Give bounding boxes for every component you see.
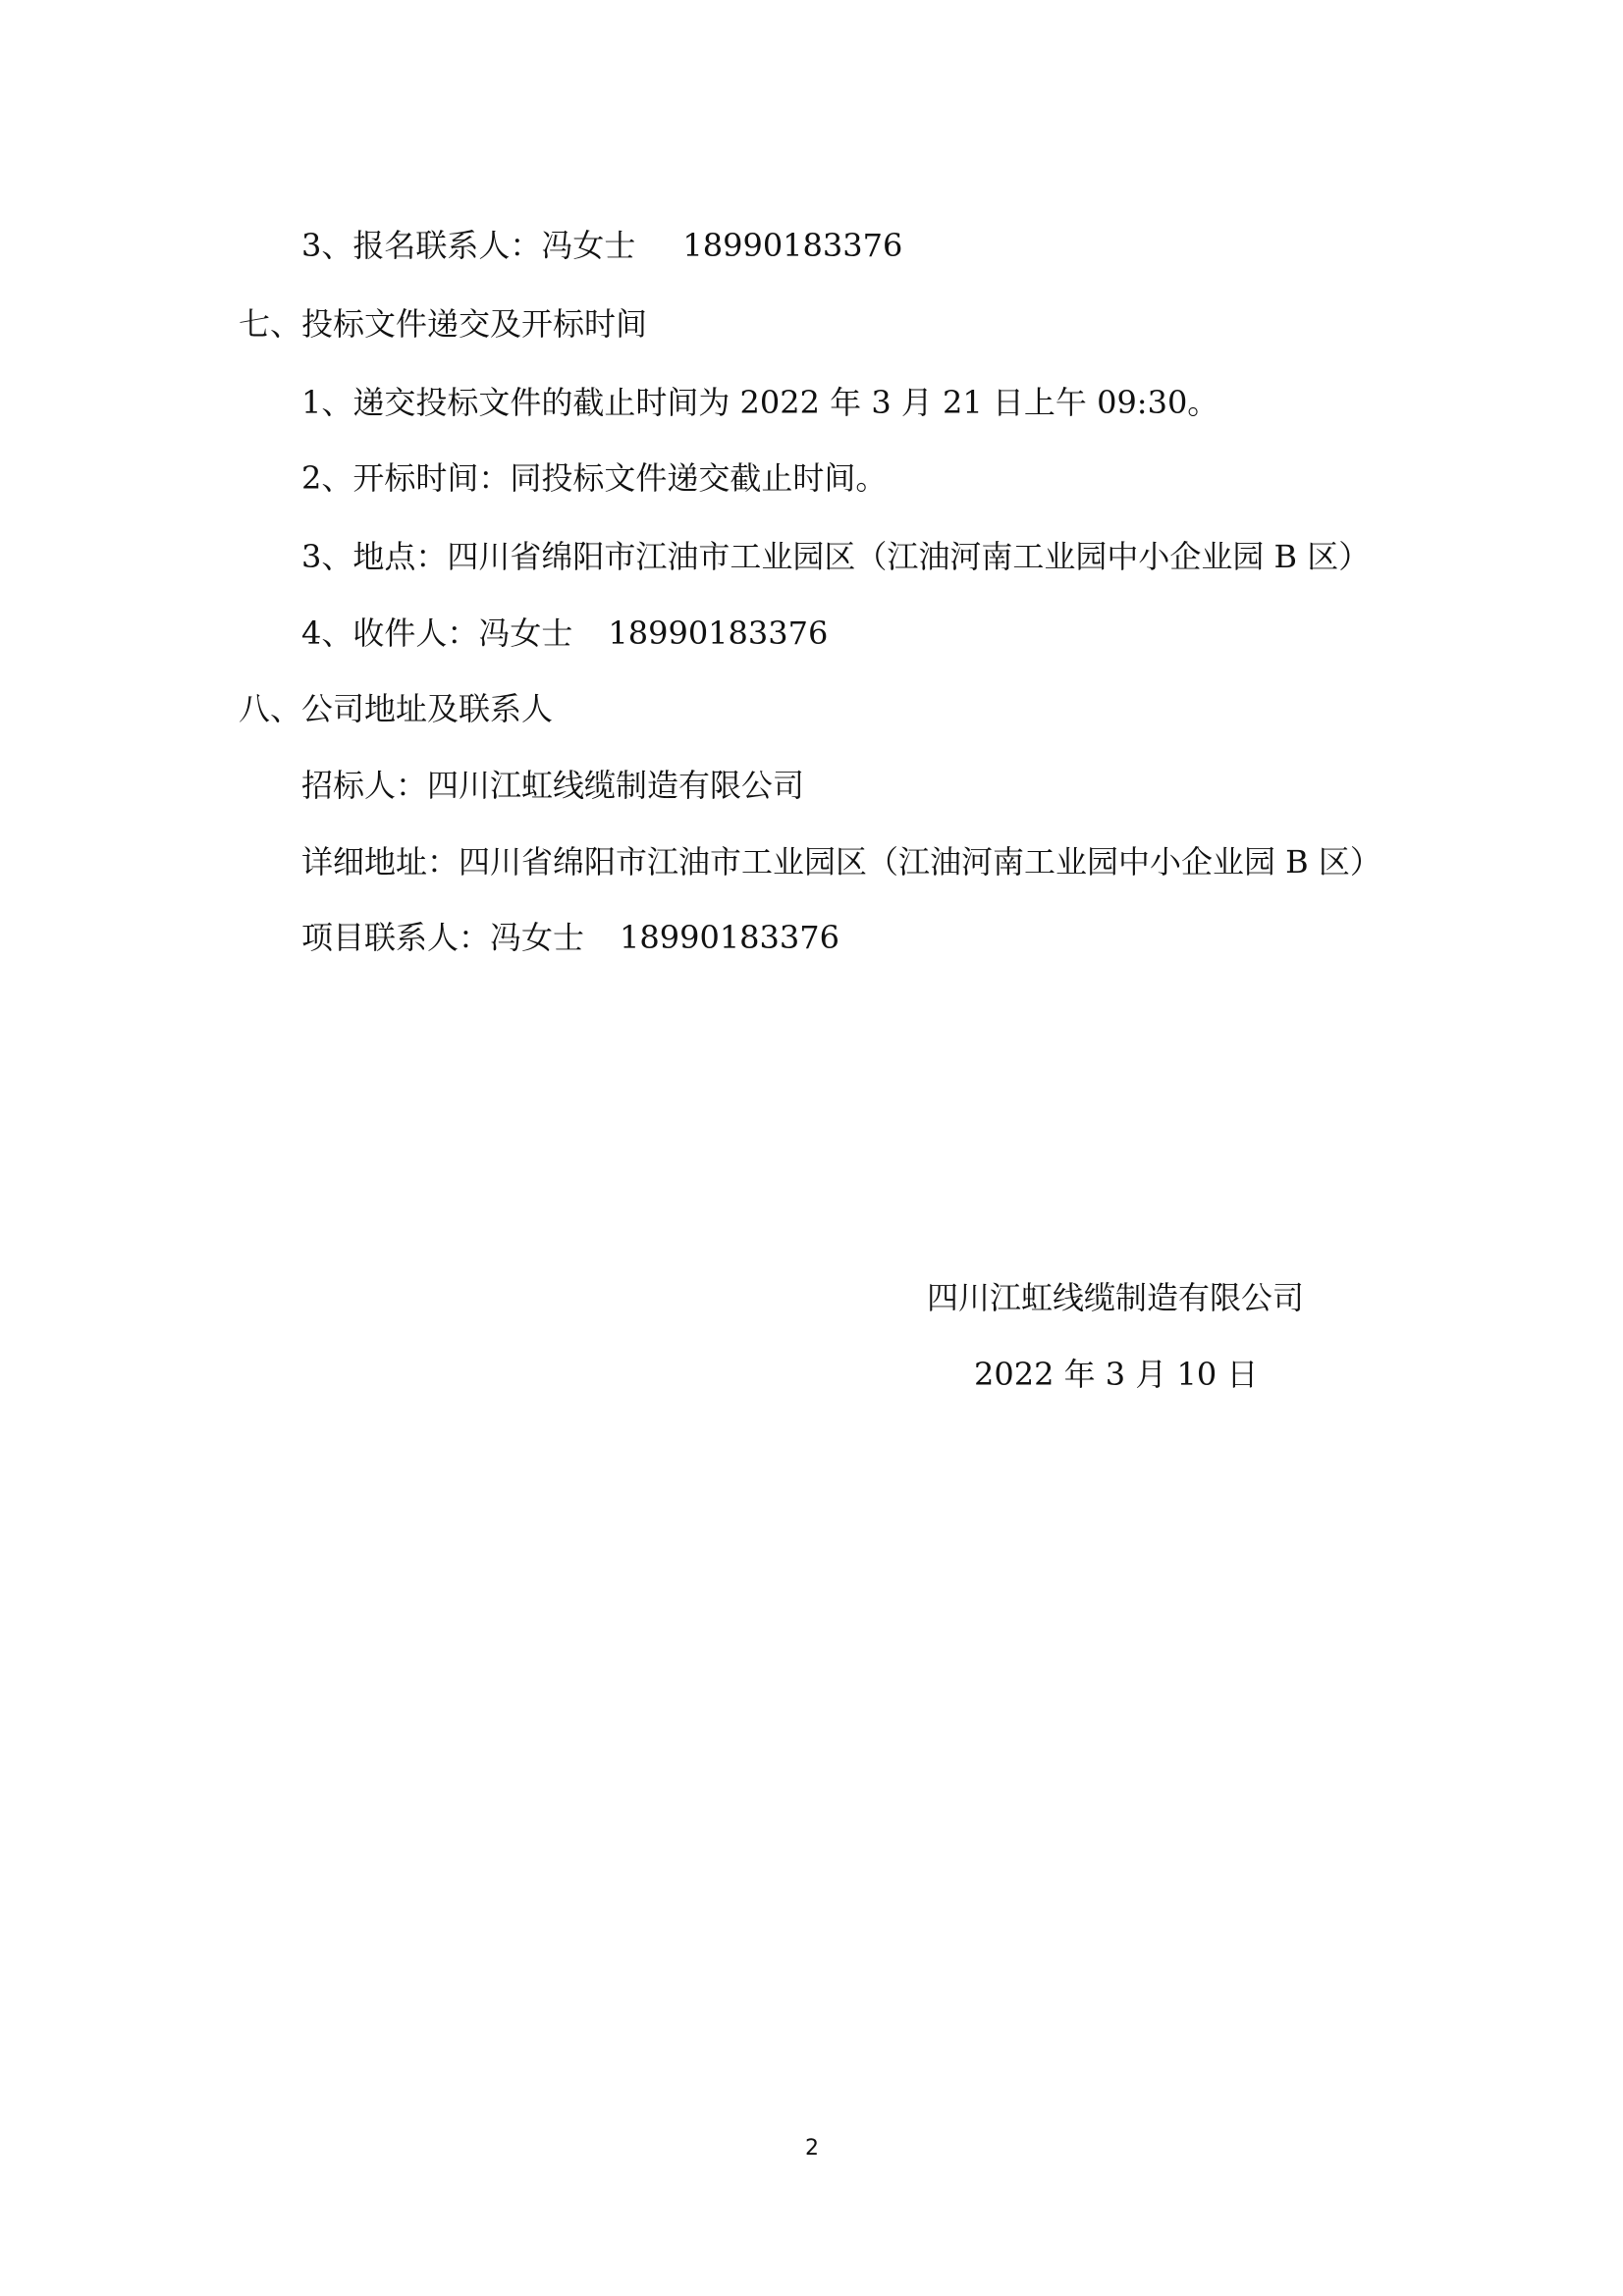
registration-contact-label: 3、报名联系人：冯女士 xyxy=(301,227,635,264)
recipient-label: 4、收件人：冯女士 xyxy=(301,614,572,652)
signature-company: 四川江虹线缆制造有限公司 xyxy=(927,1278,1304,1317)
detailed-address-line: 详细地址：四川省绵阳市江油市工业园区（江油河南工业园中小企业园 B 区） xyxy=(301,842,1381,881)
location-line: 3、地点：四川省绵阳市江油市工业园区（江油河南工业园中小企业园 B 区） xyxy=(301,537,1370,576)
tenderer-line: 招标人：四川江虹线缆制造有限公司 xyxy=(301,766,804,805)
section-7-heading: 七、投标文件递交及开标时间 xyxy=(239,304,647,344)
section-8-heading: 八、公司地址及联系人 xyxy=(239,689,553,728)
signature-date: 2022 年 3 月 10 日 xyxy=(974,1355,1258,1394)
recipient-phone: 18990183376 xyxy=(608,614,828,652)
submission-deadline-line: 1、递交投标文件的截止时间为 2022 年 3 月 21 日上午 09:30。 xyxy=(301,383,1218,422)
recipient-line: 4、收件人：冯女士18990183376 xyxy=(301,614,828,653)
page-number: 2 xyxy=(805,2136,819,2161)
registration-contact-phone: 18990183376 xyxy=(682,227,902,264)
project-contact-line: 项目联系人：冯女士18990183376 xyxy=(301,918,839,957)
project-contact-label: 项目联系人：冯女士 xyxy=(301,919,584,956)
bid-opening-time-line: 2、开标时间：同投标文件递交截止时间。 xyxy=(301,458,887,498)
project-contact-phone: 18990183376 xyxy=(620,919,839,956)
registration-contact-line: 3、报名联系人：冯女士18990183376 xyxy=(301,226,902,265)
